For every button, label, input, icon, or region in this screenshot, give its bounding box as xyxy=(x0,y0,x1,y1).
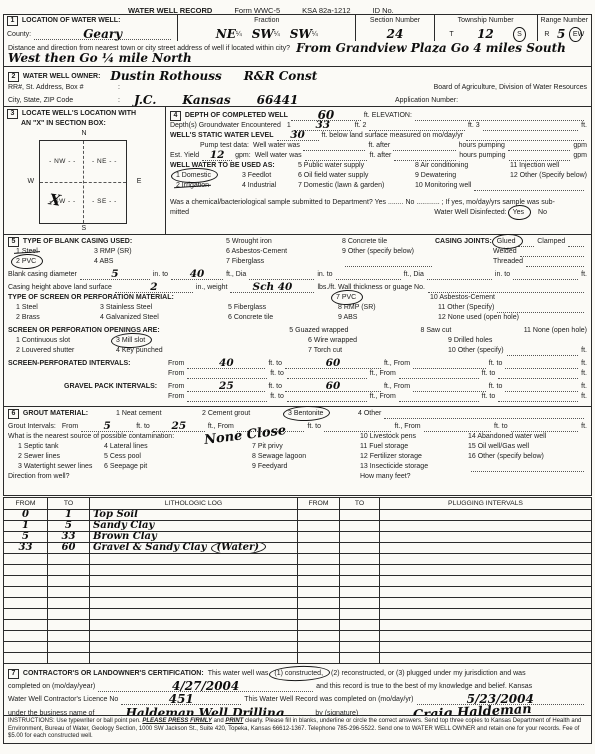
screen-2-brass: 2 Brass xyxy=(16,313,100,323)
contam-3-watertight: 3 Watertight sewer lines xyxy=(18,462,104,472)
section-2-badge: 2 xyxy=(8,72,19,82)
use-7-domestic-lawn: 7 Domestic (lawn & garden) xyxy=(298,181,415,191)
log-3-desc: Brown Clay xyxy=(93,532,157,542)
section-1-title: LOCATION OF WATER WELL: xyxy=(22,16,121,26)
casing-2-pvc-circled: 2 PVC xyxy=(16,257,36,267)
spi-r2-from-field xyxy=(187,370,267,379)
use-11-injection: 11 Injection well xyxy=(510,161,559,171)
log-row-2: 1 5 Sandy Clay xyxy=(4,521,592,532)
joints-threaded-field xyxy=(526,258,584,267)
col-to-1: TO xyxy=(48,498,90,510)
owner-label: WATER WELL OWNER: xyxy=(23,72,101,82)
opening-3-millslot-circled: 3 Mill slot xyxy=(116,336,145,346)
diam-3-field xyxy=(427,271,492,280)
use-12-other: 12 Other (Specify below) xyxy=(510,171,587,181)
address-label: RR#, St. Address, Box # xyxy=(8,83,118,93)
yield-gpm-unit: gpm xyxy=(573,151,587,161)
log-2-desc: Sandy Clay xyxy=(93,521,154,531)
log-row-4: 33 60 Gravel & Sandy Clay (Water) xyxy=(4,543,592,554)
gpi-r2-ft-to: ft. to xyxy=(270,392,284,402)
log-2-to: 5 xyxy=(65,521,72,531)
quarter-3: ¼ xyxy=(312,30,318,40)
range-r-label: R xyxy=(544,30,549,40)
state-value: Kansas xyxy=(182,96,230,105)
grout-to-value: 25 xyxy=(172,422,187,431)
static-level-value: 30 xyxy=(290,131,305,140)
use-10-monitoring: 10 Monitoring well xyxy=(415,181,471,191)
well-x-mark: X xyxy=(49,195,62,206)
pump-test-label: Pump test data: xyxy=(200,141,249,151)
pump-well-water-label: Well water was xyxy=(253,141,300,151)
log-1-desc: Top Soil xyxy=(93,510,138,520)
section-4-title: DEPTH OF COMPLETED WELL xyxy=(185,111,288,121)
licence-label: Water Well Contractor's Licence No xyxy=(8,695,118,705)
joints-glued-circled: Glued xyxy=(497,237,516,247)
gi-ft-to-3: ft. to xyxy=(494,422,508,432)
fraction-3-value: SW xyxy=(290,30,312,39)
opening-2-louvered: 2 Louvered shutter xyxy=(16,346,116,356)
opening-9-drilled: 9 Drilled holes xyxy=(448,336,492,346)
log-empty-row xyxy=(4,554,592,565)
screen-10-asbestos: 10 Asbestos-Cement xyxy=(430,293,495,303)
section-5-casing: 5TYPE OF BLANK CASING USED: 5 Wrought ir… xyxy=(3,234,592,407)
screen-6-concrete: 6 Concrete tile xyxy=(228,313,338,323)
grout-other-field xyxy=(384,410,584,419)
spi-r2-from: From xyxy=(168,369,184,379)
water-well-record-form: WATER WELL RECORD Form WWC-5 KSA 82a-121… xyxy=(0,0,595,754)
licence-number-value: 451 xyxy=(169,695,194,704)
screen-11-other: 11 Other (Specify) xyxy=(438,303,494,313)
col-lithologic-log: LITHOLOGIC LOG xyxy=(90,498,298,510)
gi-from: From xyxy=(62,422,78,432)
yield-value: 12 xyxy=(210,151,225,160)
section-6-badge: 6 xyxy=(8,409,19,419)
yield-hours-field xyxy=(394,152,456,161)
log-3-from: 5 xyxy=(22,532,29,542)
spi-r2-ft-to: ft. to xyxy=(270,369,284,379)
casing-6-asbestos: 6 Asbestos-Cement xyxy=(226,247,342,257)
cert-line2-b: and this record is true to the best of m… xyxy=(316,682,532,692)
screen-12-none: 12 None used (open hole) xyxy=(438,313,519,323)
spi-ft-2: ft. xyxy=(581,359,587,369)
opening-other-ft: ft. xyxy=(581,346,587,356)
contam-13-insecticide: 13 Insecticide storage xyxy=(360,462,468,472)
spi-r2-ft: ft. xyxy=(581,369,587,379)
township-value: 12 xyxy=(477,30,494,39)
log-4-desc: Gravel & Sandy Clay xyxy=(93,543,207,553)
chem-sample-line: Was a chemical/bacteriological sample su… xyxy=(170,198,555,208)
spi-ft-to-2: ft. to xyxy=(489,359,503,369)
pump-ft-field xyxy=(303,142,365,151)
contam-16-other: 16 Other (specify below) xyxy=(468,452,544,462)
application-number-label: Application Number: xyxy=(395,96,587,106)
yield-well-water-label: Well water was xyxy=(255,151,302,161)
gi-ft-3: ft. xyxy=(581,422,587,432)
cert-line1-a: This water well was xyxy=(208,669,269,679)
contam-7-pitprivy: 7 Pit privy xyxy=(252,442,360,452)
opening-7-torch: 7 Torch cut xyxy=(308,346,448,356)
distance-value-2: West then Go ¼ mile North xyxy=(8,54,192,63)
screen-7-pvc-circled: 7 PVC xyxy=(336,293,356,303)
section-5-badge: 5 xyxy=(8,237,19,247)
use-1-domestic-circled: 1 Domestic xyxy=(176,171,211,181)
casing-9-other: 9 Other (specify below) xyxy=(342,247,414,257)
instructions-press-firmly: PLEASE PRESS FIRMLY xyxy=(142,718,212,724)
log-4-to: 60 xyxy=(62,543,76,553)
opening-other-field xyxy=(507,347,579,356)
location-grid: 1LOCATION OF WATER WELL: County:Geary Fr… xyxy=(4,15,591,41)
instructions-box: INSTRUCTIONS: Use typewriter or ball poi… xyxy=(3,715,592,744)
gpi-ft-2: ft. xyxy=(581,382,587,392)
instructions-print: PRINT xyxy=(225,718,243,724)
opening-4-keypunched: 4 Key punched xyxy=(116,346,308,356)
log-row-3: 5 33 Brown Clay xyxy=(4,532,592,543)
spi-r2-ft-to2: ft. to xyxy=(482,369,496,379)
log-empty-row xyxy=(4,598,592,609)
spi-ft-to: ft. to xyxy=(268,359,282,369)
direction-from-well-label: Direction from well? xyxy=(8,472,360,482)
quadrant-sw: - SW - - xyxy=(40,198,84,205)
spi-from: From xyxy=(168,359,184,369)
county-label: County: xyxy=(7,30,31,40)
joints-welded-field xyxy=(520,248,584,257)
log-empty-row xyxy=(4,653,592,664)
gpi-r2-from2-field xyxy=(399,393,479,402)
groundwater-2-label: ft. 2 xyxy=(355,121,367,131)
openings-title: SCREEN OR PERFORATION OPENINGS ARE: xyxy=(8,326,289,336)
range-e-circled: E xyxy=(573,30,578,40)
opening-1-continuous: 1 Continuous slot xyxy=(16,336,116,346)
gi-ft-to: ft. to xyxy=(136,422,150,432)
section-5-title: TYPE OF BLANK CASING USED: xyxy=(23,238,132,245)
log-4-from: 33 xyxy=(19,543,33,553)
use-5-public: 5 Public water supply xyxy=(298,161,415,171)
pump-gpm-field xyxy=(508,142,570,151)
section-7-certification: 7 CONTRACTOR'S OR LANDOWNER'S CERTIFICAT… xyxy=(3,663,592,716)
disinfected-no: No xyxy=(538,208,547,218)
use-8-air: 8 Air conditioning xyxy=(415,161,510,171)
fraction-label: Fraction xyxy=(254,16,279,26)
log-row-1: 0 1 Top Soil xyxy=(4,510,592,521)
section-square: - NW - - - NE - - - SW - - - SE - - xyxy=(39,140,127,224)
pump-hours-field xyxy=(393,142,455,151)
quadrant-ne: - NE - - xyxy=(82,158,126,165)
use-2-irrigation-struck: 2 Irrigation xyxy=(176,181,209,191)
log-header-row: FROM TO LITHOLOGIC LOG FROM TO PLUGGING … xyxy=(4,498,592,510)
joints-clamped: Clamped xyxy=(537,237,565,247)
log-empty-row xyxy=(4,609,592,620)
gpi-r2-to-field xyxy=(287,393,367,402)
pump-after-label: ft. after xyxy=(368,141,390,151)
gpi-ft-from: ft., From xyxy=(384,382,410,392)
screen-material-title: TYPE OF SCREEN OR PERFORATION MATERIAL: xyxy=(8,293,236,303)
diam-2-field xyxy=(249,271,314,280)
screen-interval-from-value: 40 xyxy=(219,359,234,368)
range-number-label: Range Number xyxy=(541,16,588,26)
gravel-interval-from-value: 25 xyxy=(219,382,234,391)
section-number-label: Section Number xyxy=(370,16,420,26)
city-colon: : xyxy=(118,96,120,106)
diam-ft-3: ft. xyxy=(581,270,587,280)
gi-ft-to-2: ft. to xyxy=(307,422,321,432)
joints-clamped-field xyxy=(568,238,584,247)
joints-label: CASING JOINTS: xyxy=(435,237,492,247)
section-3-title-2: AN "X" IN SECTION BOX: xyxy=(21,119,106,129)
contamination-label: What is the nearest source of possible c… xyxy=(8,432,360,442)
log-empty-row xyxy=(4,620,592,631)
grout-1-neat: 1 Neat cement xyxy=(116,409,202,419)
yield-hours-label: hours pumping xyxy=(459,151,505,161)
col-plugging-intervals: PLUGGING INTERVALS xyxy=(380,498,592,510)
compass-s: S xyxy=(81,225,86,232)
log-1-from: 0 xyxy=(22,510,29,520)
township-s-circled: S xyxy=(517,30,522,40)
casing-diameter-label: Blank casing diameter xyxy=(8,270,77,280)
gpi-from: From xyxy=(168,382,184,392)
city-state-zip-label: City, State, ZIP Code xyxy=(8,96,118,106)
completed-on-label: completed on (mo/day/year) xyxy=(8,682,95,692)
yield-gpm-label: gpm: xyxy=(235,151,251,161)
quadrant-nw: - NW - - xyxy=(40,158,84,165)
log-empty-row xyxy=(4,642,592,653)
groundwater-1-value: 33 xyxy=(315,121,330,130)
static-level-rest: ft. below land surface measured on mo/da… xyxy=(322,131,464,141)
compass-n: N xyxy=(81,130,86,137)
yield-ft-field xyxy=(305,152,367,161)
contam-6-seepage: 6 Seepage pit xyxy=(104,462,252,472)
quadrant-se: - SE - - xyxy=(82,198,126,205)
screen-3-stainless: 3 Stainless Steel xyxy=(100,303,228,313)
grout-intervals-label: Grout Intervals: xyxy=(8,422,56,432)
chem-sample-line-2: mitted xyxy=(170,208,189,218)
casing-diameter-value: 5 xyxy=(111,270,118,279)
owner-company-value: R&R Const xyxy=(244,72,318,81)
static-level-label: WELL'S STATIC WATER LEVEL xyxy=(170,131,274,141)
section-3-badge: 3 xyxy=(7,109,18,119)
section-3-4-row: 3LOCATE WELL'S LOCATION WITH AN "X" IN S… xyxy=(3,106,592,235)
groundwater-2-field xyxy=(369,122,465,131)
grout-2-cement: 2 Cement grout xyxy=(202,409,288,419)
yield-after-label: ft. after xyxy=(370,151,392,161)
diam-3-ft-field xyxy=(513,271,578,280)
section-6-grout: 6GROUT MATERIAL: 1 Neat cement 2 Cement … xyxy=(3,406,592,496)
gpi-r2-to2-field xyxy=(498,393,578,402)
spi-ft-from: ft., From xyxy=(384,359,410,369)
instructions-text-1: INSTRUCTIONS: Use typewriter or ball poi… xyxy=(8,718,141,724)
gravel-intervals-label: GRAVEL PACK INTERVALS: xyxy=(8,382,168,392)
contam-8-lagoon: 8 Sewage lagoon xyxy=(252,452,360,462)
log-empty-row xyxy=(4,576,592,587)
instructions-and: and xyxy=(214,718,224,724)
section-3-locate: 3LOCATE WELL'S LOCATION WITH AN "X" IN S… xyxy=(4,107,166,234)
casing-4-abs: 4 ABS xyxy=(94,257,226,267)
diam-ft-dia: ft., Dia xyxy=(226,270,246,280)
spi-r2-from2-field xyxy=(399,370,479,379)
record-completed-label: This Water Well Record was completed on … xyxy=(244,695,413,705)
constructed-circled: (1) constructed, xyxy=(274,669,323,679)
cert-line1-b: (2) reconstructed, or (3) plugged under … xyxy=(331,669,526,679)
gpi-r2-ft-to2: ft. to xyxy=(482,392,496,402)
casing-other-field xyxy=(345,258,432,267)
gpi-r2-ft: ft. xyxy=(581,392,587,402)
gpi-r2-from: From xyxy=(168,392,184,402)
board-label: Board of Agriculture, Division of Water … xyxy=(434,83,587,93)
use-other-field xyxy=(474,182,584,191)
col-from-1: FROM xyxy=(4,498,48,510)
joints-threaded: Threaded xyxy=(493,257,523,267)
casing-7-fiberglass: 7 Fiberglass xyxy=(226,257,342,267)
section-1-location: 1LOCATION OF WATER WELL: County:Geary Fr… xyxy=(3,14,592,67)
wall-thickness-label: lbs./ft. Wall thickness or guage No. xyxy=(317,283,425,293)
gi-3-to-field xyxy=(511,423,578,432)
section-7-badge: 7 xyxy=(8,669,19,679)
how-many-feet-label: How many feet? xyxy=(360,472,411,482)
yield-gpm-field xyxy=(509,152,571,161)
gpi-2-from-field xyxy=(413,383,486,392)
log-empty-row xyxy=(4,587,592,598)
contam-1-septic: 1 Septic tank xyxy=(18,442,104,452)
groundwater-3-field xyxy=(483,122,579,131)
log-1-to: 1 xyxy=(65,510,72,520)
gpi-r2-ft-from: ft., From xyxy=(370,392,396,402)
opening-6-wire: 6 Wire wrapped xyxy=(308,336,448,346)
opening-11-none: 11 None (open hole) xyxy=(524,326,587,336)
contam-11-fuel: 11 Fuel storage xyxy=(360,442,468,452)
spi-2-from-field xyxy=(413,360,486,369)
township-t-label: T xyxy=(449,30,453,40)
quarter-2: ¼ xyxy=(274,30,280,40)
log-empty-row xyxy=(4,631,592,642)
static-date-field xyxy=(466,132,584,141)
contam-9-feedyard: 9 Feedyard xyxy=(252,462,360,472)
spi-r2-ft-from: ft., From xyxy=(370,369,396,379)
col-to-2: TO xyxy=(340,498,380,510)
gpi-ft-to-2: ft. to xyxy=(489,382,503,392)
use-9-dewatering: 9 Dewatering xyxy=(415,171,510,181)
casing-3-rmp: 3 RMP (SR) xyxy=(94,247,226,257)
opening-5-guazed: 5 Guazed wrapped xyxy=(289,326,420,336)
address-colon: : xyxy=(118,83,120,93)
casing-height-label: Casing height above land surface xyxy=(8,283,112,293)
yield-label: Est. Yield xyxy=(170,151,199,161)
screen-intervals-label: SCREEN-PERFORATED INTERVALS: xyxy=(8,359,168,369)
gi-ft-from-2: ft., From xyxy=(394,422,420,432)
diam-in-to-2: in. to xyxy=(317,270,332,280)
screen-5-fiberglass: 5 Fiberglass xyxy=(228,303,338,313)
owner-name-value: Dustin Rothouss xyxy=(110,72,221,81)
contam-12-fertilizer: 12 Fertilizer storage xyxy=(360,452,468,462)
certification-title: CONTRACTOR'S OR LANDOWNER'S CERTIFICATIO… xyxy=(23,669,204,679)
contam-14-abandoned: 14 Abandoned water well xyxy=(468,432,546,442)
screen-4-galvanized: 4 Galvanized Steel xyxy=(100,313,228,323)
casing-8-concrete: 8 Concrete tile xyxy=(342,237,387,247)
fraction-2-value: SW xyxy=(252,30,274,39)
casing-5-wrought: 5 Wrought iron xyxy=(226,237,342,247)
gpi-r2-from-field xyxy=(187,393,267,402)
diam-2-ft-field xyxy=(336,271,401,280)
zip-value: 66441 xyxy=(257,96,299,105)
groundwater-label: Depth(s) Groundwater Encountered xyxy=(170,121,281,131)
opening-8-sawcut: 8 Saw cut xyxy=(421,326,524,336)
use-4-industrial: 4 Industrial xyxy=(242,181,298,191)
contam-other-field xyxy=(471,463,584,472)
gpi-2-to-field xyxy=(505,383,578,392)
col-from-2: FROM xyxy=(298,498,340,510)
gravel-interval-to-value: 60 xyxy=(326,382,341,391)
diam-in-to: in. to xyxy=(153,270,168,280)
log-4-water-note-circled: (Water) xyxy=(216,543,259,553)
contam-2-sewer: 2 Sewer lines xyxy=(18,452,104,462)
weight-label: in., weight xyxy=(196,283,228,293)
section-number-value: 24 xyxy=(387,30,404,39)
grout-from-value: 5 xyxy=(104,422,111,431)
section-square-hline xyxy=(40,182,126,183)
screen-other-field xyxy=(497,304,584,313)
section-4-badge: 4 xyxy=(170,111,181,121)
use-3-feedlot: 3 Feedlot xyxy=(242,171,298,181)
pump-gpm-label: gpm xyxy=(573,141,587,151)
disinfected-label: Water Well Disinfected: xyxy=(434,208,506,218)
groundwater-3-label: ft. 3 xyxy=(468,121,480,131)
range-value: 5 xyxy=(557,30,565,39)
log-empty-row xyxy=(4,565,592,576)
spi-r2-to-field xyxy=(287,370,367,379)
spi-r2-to2-field xyxy=(498,370,578,379)
diam-ft-dia-2: ft., Dia xyxy=(404,270,424,280)
wall-thickness-field xyxy=(428,284,584,293)
contam-15-oilwell: 15 Oil well/Gas well xyxy=(468,442,529,452)
completed-date-value: 4/27/2004 xyxy=(172,682,239,691)
gi-2-to-field xyxy=(324,423,391,432)
diam-in-to-3: in. to xyxy=(495,270,510,280)
grout-4-other: 4 Other xyxy=(358,409,381,419)
log-2-from: 1 xyxy=(22,521,29,531)
township-number-label: Township Number xyxy=(458,16,514,26)
log-3-to: 33 xyxy=(62,532,76,542)
section-4-depth: 4 DEPTH OF COMPLETED WELL 60 ft. ELEVATI… xyxy=(166,107,591,234)
elevation-label: ft. ELEVATION: xyxy=(364,111,412,121)
screen-1-steel: 1 Steel xyxy=(16,303,100,313)
opening-10-other: 10 Other (specify) xyxy=(448,346,504,356)
use-6-oilfield: 6 Oil field water supply xyxy=(298,171,415,181)
contam-5-cesspool: 5 Cess pool xyxy=(104,452,252,462)
city-value: J.C. xyxy=(134,96,156,105)
distance-value-1: From Grandview Plaza Go 4 miles South xyxy=(296,44,566,53)
county-value: Geary xyxy=(83,30,122,39)
gi-3-from-field xyxy=(424,423,491,432)
spi-2-to-field xyxy=(505,360,578,369)
casing-depth-value: 40 xyxy=(190,270,205,279)
pump-hours-label: hours pumping xyxy=(459,141,505,151)
compass-e: E xyxy=(137,178,142,185)
section-3-title-1: LOCATE WELL'S LOCATION WITH xyxy=(22,109,136,119)
compass-w: W xyxy=(27,178,34,185)
contam-10-livestock: 10 Livestock pens xyxy=(360,432,468,442)
gpi-ft-to: ft. to xyxy=(268,382,282,392)
groundwater-ft: ft. xyxy=(581,121,587,131)
section-6-title: GROUT MATERIAL: xyxy=(23,410,88,417)
casing-weight-value: Sch 40 xyxy=(252,283,292,292)
screen-9-abs: 9 ABS xyxy=(338,313,438,323)
section-box-diagram: N W E S - NW - - - NE - - - SW - - - SE … xyxy=(19,130,149,234)
grout-3-bentonite-circled: 3 Bentonite xyxy=(288,409,323,419)
lithologic-log-table: FROM TO LITHOLOGIC LOG FROM TO PLUGGING … xyxy=(3,497,592,664)
section-2-owner: 2 WATER WELL OWNER: Dustin Rothouss R&R … xyxy=(3,66,592,107)
disinfected-yes-circled: Yes xyxy=(513,208,524,218)
screen-8-rmp: 8 RMP (SR) xyxy=(338,303,438,313)
elevation-field xyxy=(415,112,584,121)
fraction-1-value: NE xyxy=(216,30,236,39)
